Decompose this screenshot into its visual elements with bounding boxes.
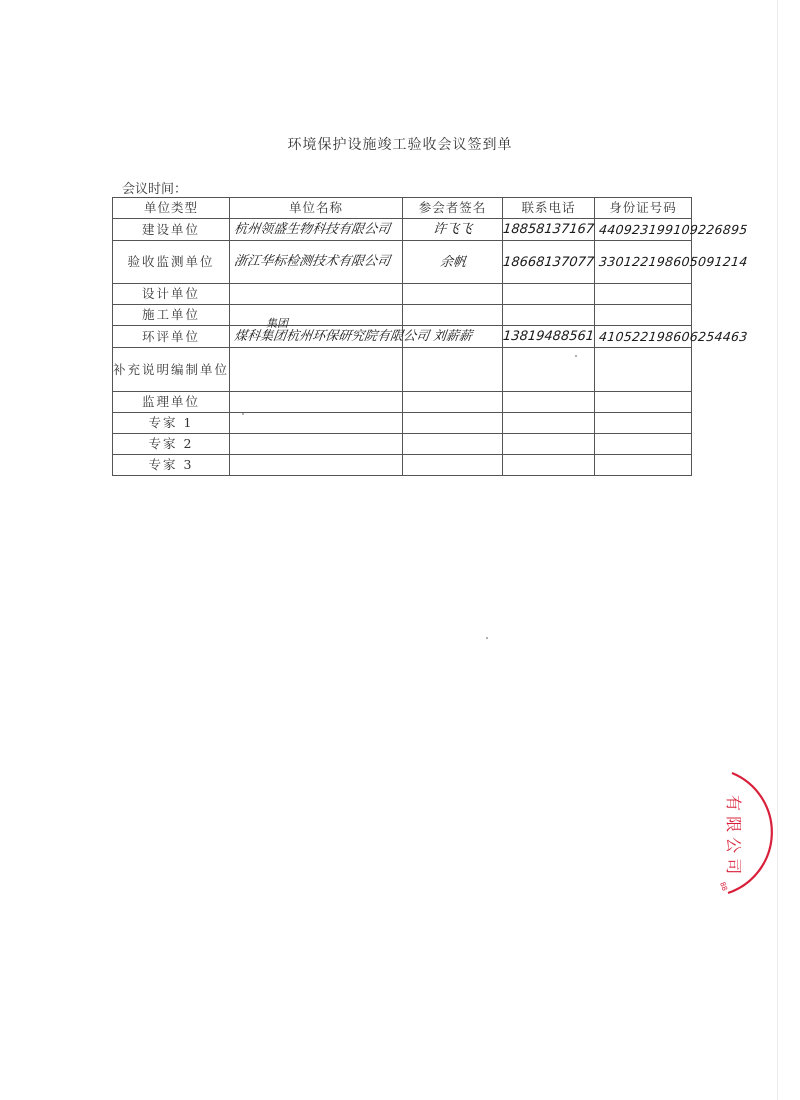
table-row: 专家 2 xyxy=(113,434,692,455)
table-row: 补充说明编制单位 xyxy=(113,348,692,392)
unit-type-cell: 施工单位 xyxy=(113,305,230,326)
unit-type-cell: 设计单位 xyxy=(113,284,230,305)
unit-name-cell: 浙江华标检测技术有限公司 xyxy=(230,241,403,284)
signature-handwriting: 刘薪薪 xyxy=(432,327,473,347)
phone-handwriting: 18858137167 xyxy=(502,220,595,240)
unit-type-cell: 专家 3 xyxy=(113,455,230,476)
scan-speck xyxy=(242,413,244,415)
unit-name-cell: 集团 煤科集团杭州环保研究院有限公司 xyxy=(230,326,403,348)
meeting-time-label: 会议时间： xyxy=(122,178,187,197)
signature-cell xyxy=(403,434,503,455)
sign-in-table: 单位类型 单位名称 参会者签名 联系电话 身份证号码 建设单位 杭州领盛生物科技… xyxy=(112,197,692,476)
id-number-handwriting: 410522198606254463 xyxy=(598,327,749,347)
unit-name-cell xyxy=(230,455,403,476)
table-row: 环评单位 集团 煤科集团杭州环保研究院有限公司 刘薪薪 13819488561 … xyxy=(113,326,692,348)
phone-cell: 13819488561 xyxy=(503,326,595,348)
id-number-cell xyxy=(595,392,692,413)
phone-cell xyxy=(503,348,595,392)
table-row: 监理单位 xyxy=(113,392,692,413)
table-row: 建设单位 杭州领盛生物科技有限公司 许飞飞 18858137167 440923… xyxy=(113,219,692,241)
id-number-cell xyxy=(595,305,692,326)
signature-cell: 余帆 xyxy=(403,241,503,284)
id-number-handwriting: 330122198605091214 xyxy=(598,252,749,272)
phone-cell xyxy=(503,413,595,434)
svg-text:有 限 公 司: 有 限 公 司 xyxy=(724,795,743,874)
table-header-row: 单位类型 单位名称 参会者签名 联系电话 身份证号码 xyxy=(113,198,692,219)
phone-cell xyxy=(503,455,595,476)
unit-name-handwriting: 杭州领盛生物科技有限公司 xyxy=(233,220,392,240)
unit-name-handwriting: 浙江华标检测技术有限公司 xyxy=(233,252,392,272)
unit-name-cell: 杭州领盛生物科技有限公司 xyxy=(230,219,403,241)
id-number-handwriting: 440923199109226895 xyxy=(598,220,749,240)
phone-cell xyxy=(503,305,595,326)
id-number-cell xyxy=(595,348,692,392)
signature-handwriting: 许飞飞 xyxy=(432,220,473,240)
signature-cell: 许飞飞 xyxy=(403,219,503,241)
unit-name-cell xyxy=(230,413,403,434)
unit-type-cell: 监理单位 xyxy=(113,392,230,413)
phone-cell: 18858137167 xyxy=(503,219,595,241)
table-row: 施工单位 xyxy=(113,305,692,326)
signature-cell xyxy=(403,413,503,434)
signature-cell xyxy=(403,392,503,413)
id-number-cell: 440923199109226895 xyxy=(595,219,692,241)
unit-type-cell: 建设单位 xyxy=(113,219,230,241)
company-seal-stamp: 有 限 公 司 88 xyxy=(700,765,800,905)
signature-cell xyxy=(403,305,503,326)
phone-cell: 18668137077 xyxy=(503,241,595,284)
id-number-cell: 410522198606254463 xyxy=(595,326,692,348)
id-number-cell xyxy=(595,434,692,455)
unit-name-cell xyxy=(230,434,403,455)
header-unit-type: 单位类型 xyxy=(113,198,230,219)
id-number-cell xyxy=(595,455,692,476)
unit-type-cell: 验收监测单位 xyxy=(113,241,230,284)
page-edge xyxy=(777,0,778,1100)
unit-name-cell xyxy=(230,348,403,392)
id-number-cell: 330122198605091214 xyxy=(595,241,692,284)
table-row: 设计单位 xyxy=(113,284,692,305)
signature-cell xyxy=(403,348,503,392)
header-signature: 参会者签名 xyxy=(403,198,503,219)
unit-name-cell xyxy=(230,305,403,326)
phone-handwriting: 13819488561 xyxy=(502,327,595,347)
unit-name-cell xyxy=(230,392,403,413)
id-number-cell xyxy=(595,413,692,434)
meeting-time-label-text: 会议时间： xyxy=(122,182,187,197)
signature-cell xyxy=(403,455,503,476)
id-number-cell xyxy=(595,284,692,305)
scan-speck xyxy=(575,355,577,357)
table-row: 专家 1 xyxy=(113,413,692,434)
scan-speck xyxy=(486,637,488,639)
unit-type-cell: 专家 1 xyxy=(113,413,230,434)
unit-type-cell: 专家 2 xyxy=(113,434,230,455)
signature-handwriting: 余帆 xyxy=(438,253,466,273)
header-unit-name: 单位名称 xyxy=(230,198,403,219)
unit-name-cell xyxy=(230,284,403,305)
signature-cell xyxy=(403,284,503,305)
unit-type-cell: 环评单位 xyxy=(113,326,230,348)
header-id-number: 身份证号码 xyxy=(595,198,692,219)
signature-cell: 刘薪薪 xyxy=(403,326,503,348)
unit-name-handwriting: 煤科集团杭州环保研究院有限公司 xyxy=(233,327,431,347)
unit-type-cell: 补充说明编制单位 xyxy=(113,348,230,392)
phone-handwriting: 18668137077 xyxy=(502,253,595,273)
phone-cell xyxy=(503,392,595,413)
phone-cell xyxy=(503,434,595,455)
table-row: 专家 3 xyxy=(113,455,692,476)
header-phone: 联系电话 xyxy=(503,198,595,219)
table-row: 验收监测单位 浙江华标检测技术有限公司 余帆 18668137077 33012… xyxy=(113,241,692,284)
svg-text:88: 88 xyxy=(718,881,729,892)
phone-cell xyxy=(503,284,595,305)
page-title: 环境保护设施竣工验收会议签到单 xyxy=(0,134,800,154)
